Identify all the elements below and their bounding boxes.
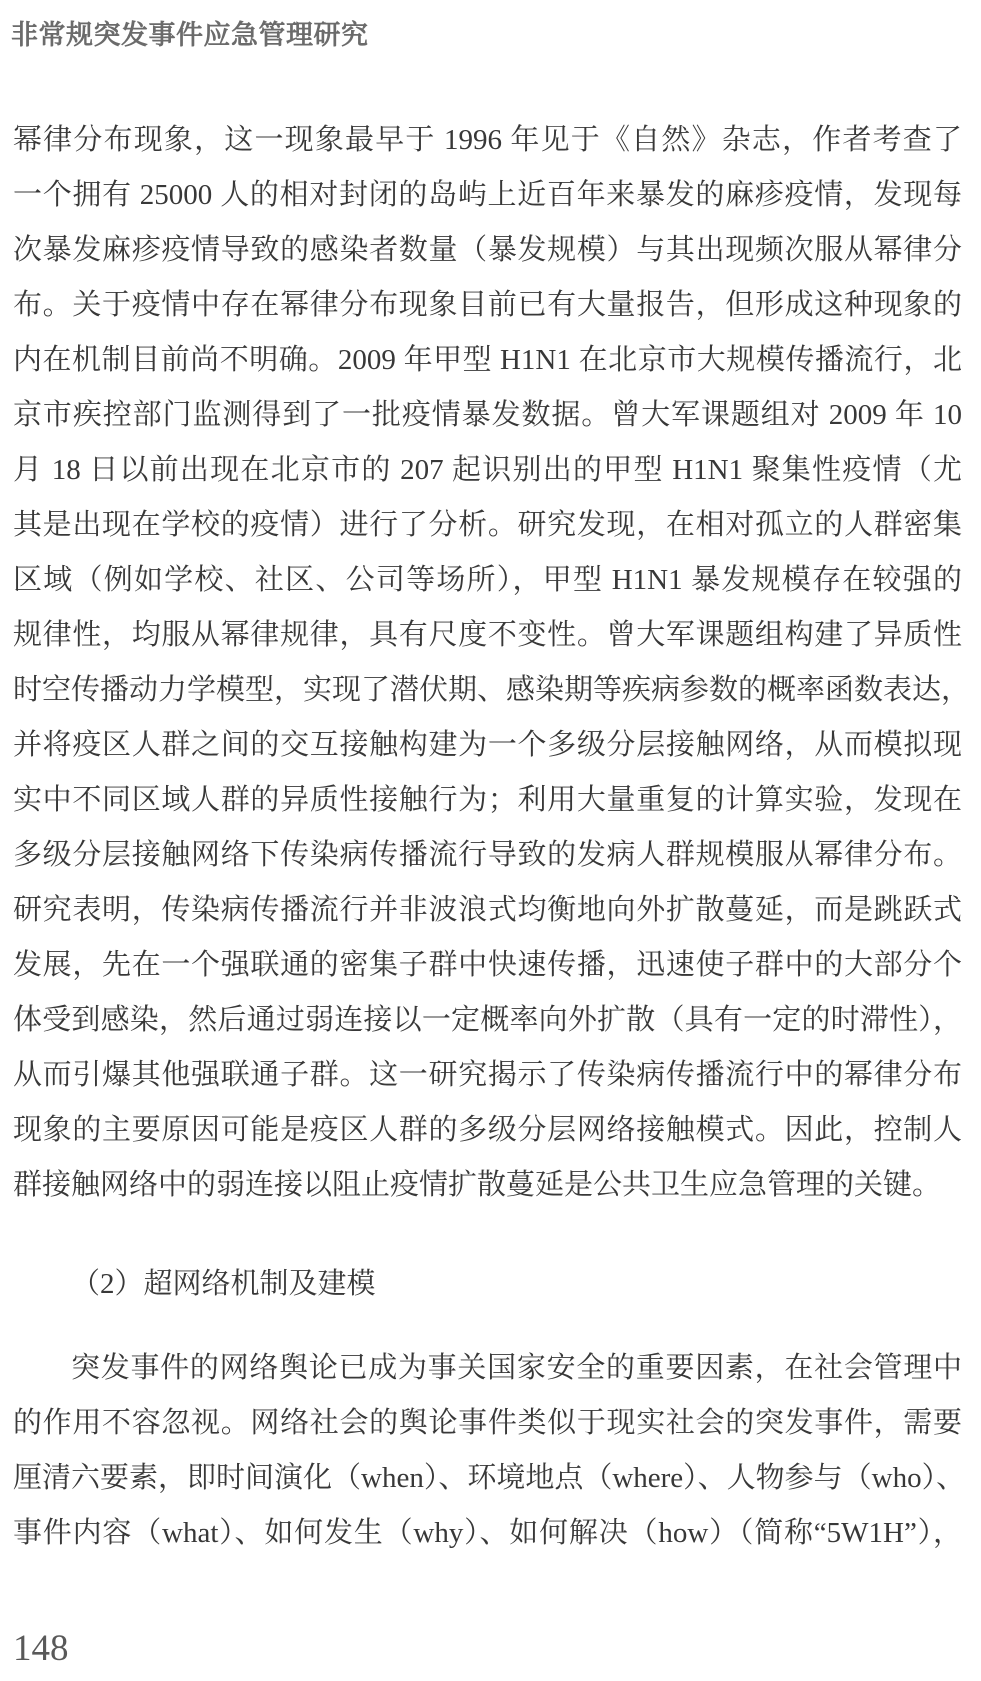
text-line: 一个拥有 25000 人的相对封闭的岛屿上近百年来暴发的麻疹疫情，发现每 bbox=[13, 168, 962, 223]
document-page: 非常规突发事件应急管理研究 幂律分布现象，这一现象最早于 1996 年见于《自然… bbox=[0, 0, 981, 1681]
text-line: 布。关于疫情中存在幂律分布现象目前已有大量报告，但形成这种现象的 bbox=[13, 278, 962, 333]
text-line: 从而引爆其他强联通子群。这一研究揭示了传染病传播流行中的幂律分布 bbox=[13, 1048, 962, 1103]
text-line: 多级分层接触网络下传染病传播流行导致的发病人群规模服从幂律分布。 bbox=[13, 828, 962, 883]
page-number: 148 bbox=[13, 1630, 69, 1667]
body-text: 幂律分布现象，这一现象最早于 1996 年见于《自然》杂志，作者考查了 一个拥有… bbox=[13, 113, 962, 1561]
text-line: 的作用不容忽视。网络社会的舆论事件类似于现实社会的突发事件，需要 bbox=[13, 1396, 962, 1451]
text-line: 规律性，均服从幂律规律，具有尺度不变性。曾大军课题组构建了异质性 bbox=[13, 608, 962, 663]
text-line: 现象的主要原因可能是疫区人群的多级分层网络接触模式。因此，控制人 bbox=[13, 1103, 962, 1158]
text-line: 区域（例如学校、社区、公司等场所），甲型 H1N1 暴发规模存在较强的 bbox=[13, 553, 962, 608]
text-line: 厘清六要素，即时间演化（when）、环境地点（where）、人物参与（who）、 bbox=[13, 1451, 962, 1506]
text-line: 时空传播动力学模型，实现了潜伏期、感染期等疾病参数的概率函数表达， bbox=[13, 663, 962, 718]
text-line: 突发事件的网络舆论已成为事关国家安全的重要因素，在社会管理中 bbox=[13, 1341, 962, 1396]
text-line: 京市疾控部门监测得到了一批疫情暴发数据。曾大军课题组对 2009 年 10 bbox=[13, 388, 962, 443]
text-line: 群接触网络中的弱连接以阻止疫情扩散蔓延是公共卫生应急管理的关键。 bbox=[13, 1158, 962, 1213]
text-line: 其是出现在学校的疫情）进行了分析。研究发现，在相对孤立的人群密集 bbox=[13, 498, 962, 553]
text-line: 并将疫区人群之间的交互接触构建为一个多级分层接触网络，从而模拟现 bbox=[13, 718, 962, 773]
text-line: 次暴发麻疹疫情导致的感染者数量（暴发规模）与其出现频次服从幂律分 bbox=[13, 223, 962, 278]
text-line: 月 18 日以前出现在北京市的 207 起识别出的甲型 H1N1 聚集性疫情（尤 bbox=[13, 443, 962, 498]
section-heading: （2）超网络机制及建模 bbox=[13, 1257, 962, 1312]
text-line: 内在机制目前尚不明确。2009 年甲型 H1N1 在北京市大规模传播流行，北 bbox=[13, 333, 962, 388]
text-line: 实中不同区域人群的异质性接触行为；利用大量重复的计算实验，发现在 bbox=[13, 773, 962, 828]
text-line: 研究表明，传染病传播流行并非波浪式均衡地向外扩散蔓延，而是跳跃式 bbox=[13, 883, 962, 938]
text-line: 体受到感染，然后通过弱连接以一定概率向外扩散（具有一定的时滞性）， bbox=[13, 993, 962, 1048]
running-header: 非常规突发事件应急管理研究 bbox=[11, 13, 369, 52]
text-line: 发展，先在一个强联通的密集子群中快速传播，迅速使子群中的大部分个 bbox=[13, 938, 962, 993]
text-line: 幂律分布现象，这一现象最早于 1996 年见于《自然》杂志，作者考查了 bbox=[13, 113, 962, 168]
text-line: 事件内容（what）、如何发生（why）、如何解决（how）（简称“5W1H”）… bbox=[13, 1506, 962, 1561]
